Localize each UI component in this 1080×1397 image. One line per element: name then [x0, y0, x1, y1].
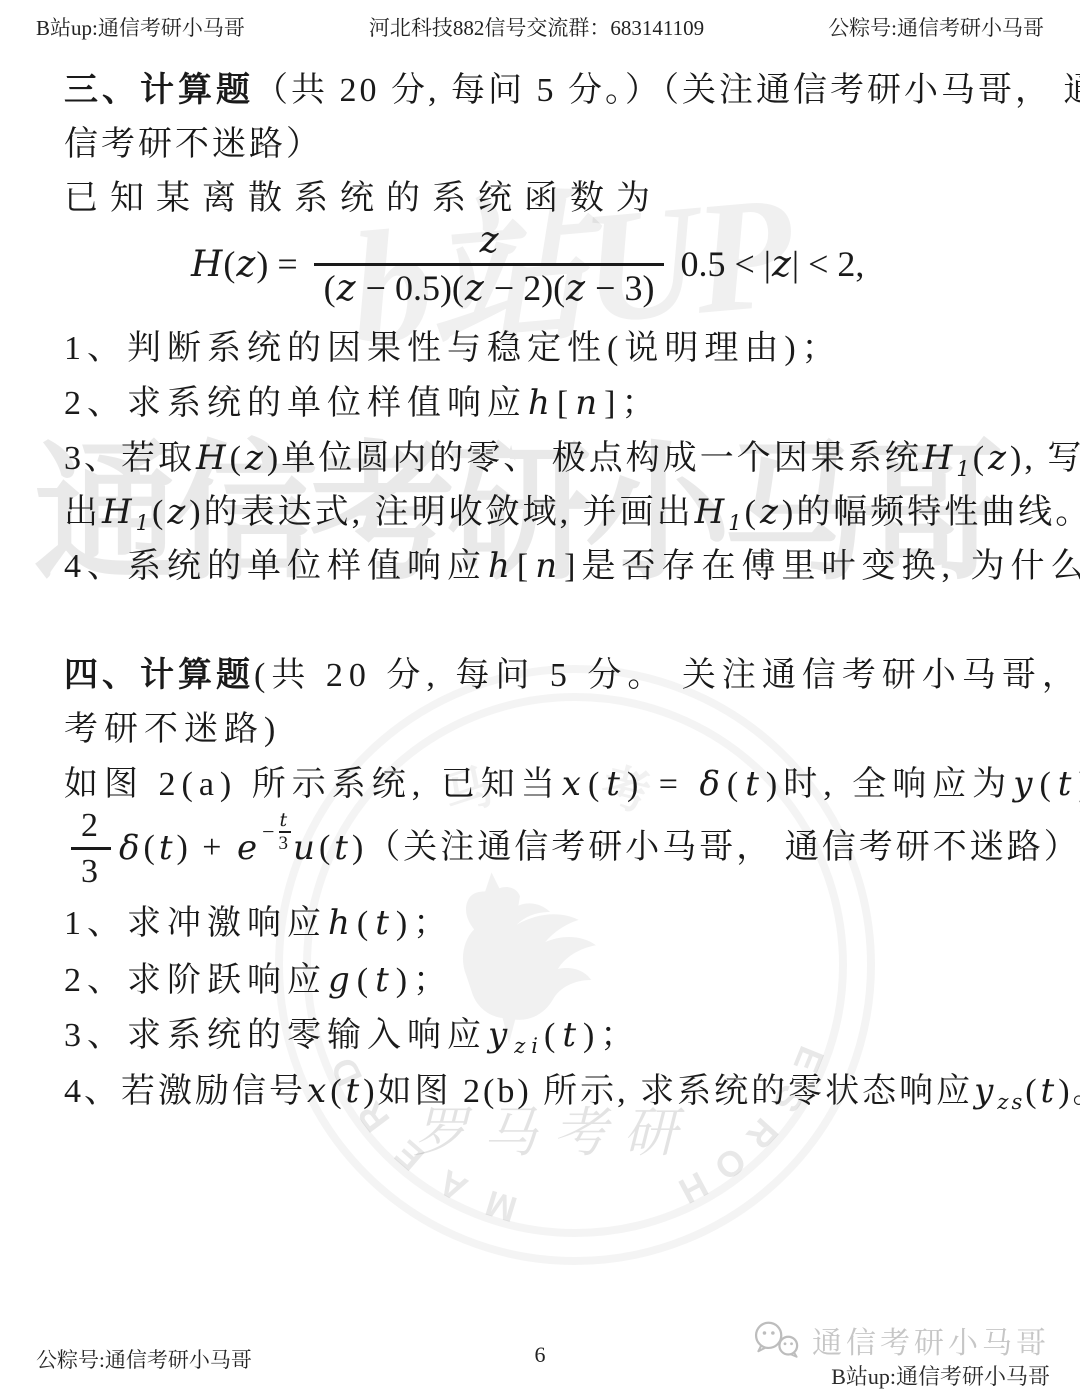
stamp-arc-letter: O — [706, 1138, 754, 1188]
text-segment: ]； — [604, 385, 661, 422]
math-segment: H — [195, 438, 230, 478]
text-segment: （共 20 分, 每问 5 分。）（关注通信考研小马哥， 通 — [254, 72, 1080, 109]
text-segment: ( — [330, 1073, 344, 1110]
math-segment: y — [487, 1015, 514, 1055]
text-segment: 1、求冲激响应 — [64, 905, 327, 942]
text-segment: ( — [230, 440, 244, 477]
text-segment: ( — [588, 766, 605, 803]
text-segment: )； — [583, 1017, 640, 1054]
math-segment: h — [487, 546, 517, 586]
math-segment: n — [574, 383, 604, 423]
math-segment: z — [235, 242, 256, 287]
text-segment: 如图 2(a) 所示系统, 已知当 — [64, 766, 561, 803]
text-segment: )的幅频特性曲线。 — [782, 494, 1080, 531]
footer-page-number: 6 — [535, 1342, 546, 1368]
fraction: 23 — [71, 808, 111, 889]
text-segment: ( — [223, 242, 235, 287]
stamp-arc-letter: A — [431, 1161, 474, 1210]
text-segment: ) + — [176, 827, 236, 870]
stamp-arc-letter: R — [738, 1110, 787, 1157]
text-segment: − 0.5)( — [357, 268, 464, 308]
text-segment: ( — [1025, 1073, 1039, 1110]
text-segment: 3、若取 — [64, 440, 195, 477]
math-segment: e — [236, 827, 261, 870]
text-segment: ( — [357, 905, 374, 942]
exam-page: b站UP 通信考研小马哥 马 考 罗马考研 DREAMHORSE B站up:通信… — [0, 0, 1080, 1397]
text-segment: 3 — [81, 853, 101, 890]
text-segment: ( — [357, 962, 374, 999]
section4-item-4: 4、若激励信号x(t)如图 2(b) 所示, 求系统的零状态响应yzs(t)。 — [64, 1070, 1080, 1115]
math-segment: y — [973, 1071, 997, 1111]
text-segment: )的表达式, 注明收敛域, 并画出 — [189, 494, 693, 531]
math-segment: z — [166, 492, 189, 532]
text-segment: | < 2, — [792, 242, 865, 287]
section3-heading-line1: 三、计算题（共 20 分, 每问 5 分。）（关注通信考研小马哥， 通 — [64, 70, 1080, 113]
section3-heading-line2: 信考研不迷路） — [64, 124, 323, 167]
section3-item-3-line1: 3、若取H(z)单位圆内的零、 极点构成一个因果系统H1(z), 写 — [64, 437, 1080, 482]
section4-intro-line2: 23δ(t) + e−t3u(t)（关注通信考研小马哥， 通信考研不迷路） — [64, 808, 1080, 889]
section4-item-3: 3、求系统的零输入响应yzi(t)； — [64, 1014, 640, 1059]
math-segment: δ — [118, 827, 143, 870]
math-segment: z — [771, 242, 792, 287]
text-segment: ) = — [256, 242, 306, 287]
math-segment: z — [759, 492, 782, 532]
footer-brand-dark: B站up:通信考研小马哥 — [750, 1360, 1050, 1391]
text-segment: )时, 全响应为 — [766, 766, 1012, 803]
math-segment: h — [527, 383, 557, 423]
text-segment: )； — [396, 962, 453, 999]
text-segment: ( — [544, 1017, 561, 1054]
subscript-segment: zi — [514, 1034, 544, 1058]
section3-intro: 已知某离散系统的系统函数为 — [64, 178, 662, 221]
section4-heading-line1: 四、计算题(共 20 分, 每问 5 分。 关注通信考研小马哥，通信 — [64, 655, 1080, 698]
text-segment: 考研不迷路) — [64, 711, 281, 748]
section3-item-4: 4、系统的单位样值响应h[n]是否存在傅里叶变换, 为什么? — [64, 545, 1080, 589]
section3-formula: H(z) = z(z − 0.5)(z − 2)(z − 3) 0.5 < |z… — [190, 222, 864, 308]
math-segment: t — [561, 1015, 583, 1055]
math-segment: t — [158, 827, 177, 870]
text-segment: 已知某离散系统的系统函数为 — [64, 180, 662, 217]
math-segment: t — [1040, 1071, 1059, 1111]
page-header: B站up:通信考研小马哥 河北科技882信号交流群：683141109 公粽号:… — [36, 12, 1044, 42]
text-segment: ( — [152, 494, 166, 531]
section4-item-1: 1、求冲激响应h(t)； — [64, 902, 453, 946]
text-segment: ), 写 — [1010, 440, 1080, 477]
stamp-arc-letter: M — [481, 1182, 522, 1231]
math-segment: g — [327, 960, 357, 1000]
text-segment: − 3) — [586, 268, 654, 308]
math-segment: x — [561, 764, 588, 804]
exponent-fraction: −t3 — [262, 811, 291, 853]
text-segment: (共 20 分, 每问 5 分。 关注通信考研小马哥，通信 — [254, 657, 1080, 694]
text-segment: ( — [319, 827, 333, 870]
fraction-denominator: 3 — [71, 847, 111, 890]
text-segment: 3、求系统的零输入响应 — [64, 1017, 487, 1054]
math-segment: u — [292, 827, 319, 870]
bold-segment: 三、计算题 — [64, 72, 254, 109]
section3-item-3-line2: 出H1(z)的表达式, 注明收敛域, 并画出H1(z)的幅频特性曲线。 — [64, 491, 1080, 536]
math-segment: n — [534, 546, 564, 586]
text-segment: 1、判断系统的因果性与稳定性(说明理由)； — [64, 330, 842, 367]
math-segment: δ — [698, 764, 726, 804]
text-segment: )单位圆内的零、 极点构成一个因果系统 — [267, 440, 922, 477]
text-segment: )如图 2(b) 所示, 求系统的零状态响应 — [363, 1073, 973, 1110]
text-segment: ( — [727, 766, 744, 803]
text-segment: 0.5 < | — [671, 242, 771, 287]
math-segment: x — [306, 1071, 330, 1111]
math-segment: z — [987, 438, 1010, 478]
text-segment: 4、若激励信号 — [64, 1073, 306, 1110]
exponent-minus: − — [262, 818, 277, 846]
math-segment: t — [605, 764, 627, 804]
text-segment: − 2)( — [485, 268, 565, 308]
text-segment: ( — [324, 268, 336, 308]
text-segment: 4、系统的单位样值响应 — [64, 548, 487, 585]
subscript-segment: 1 — [956, 457, 972, 481]
stamp-arc-letter: H — [672, 1163, 715, 1212]
wechat-icon — [750, 1318, 806, 1362]
text-segment: ( — [973, 440, 987, 477]
text-segment: 出 — [64, 494, 101, 531]
text-segment: )。 — [1058, 1073, 1080, 1110]
subscript-segment: 1 — [728, 511, 744, 535]
bold-segment: 四、计算题 — [64, 657, 254, 694]
text-segment: ]是否存在傅里叶变换, 为什么? — [564, 548, 1080, 585]
math-segment: H — [190, 242, 223, 287]
subscript-segment: 1 — [136, 511, 152, 535]
text-segment: ( — [745, 494, 759, 531]
text-segment: ( — [1039, 766, 1056, 803]
text-segment: 2、求阶跃响应 — [64, 962, 327, 999]
text-segment: ) = — [627, 766, 699, 803]
math-segment: t — [333, 827, 352, 870]
section3-item-1: 1、判断系统的因果性与稳定性(说明理由)； — [64, 328, 842, 371]
math-segment: z — [244, 438, 267, 478]
text-segment: [ — [517, 548, 534, 585]
fraction-denominator: (z − 0.5)(z − 2)(z − 3) — [314, 263, 665, 308]
text-segment: ) — [352, 827, 366, 870]
text-segment: ( — [143, 827, 157, 870]
header-right: 公粽号:通信考研小马哥 — [828, 12, 1044, 42]
fraction: z(z − 0.5)(z − 2)(z − 3) — [314, 222, 665, 308]
subscript-segment: zs — [997, 1090, 1025, 1114]
math-segment: y — [1012, 764, 1039, 804]
math-segment: H — [922, 438, 957, 478]
math-segment: t — [345, 1071, 364, 1111]
stamp-arc-letter: E — [387, 1131, 433, 1178]
math-segment: t — [374, 903, 396, 943]
text-segment: 信考研不迷路） — [64, 126, 323, 163]
math-segment: z — [336, 268, 357, 309]
text-segment: 2、求系统的单位样值响应 — [64, 385, 527, 422]
text-segment: )； — [396, 905, 453, 942]
section4-item-2: 2、求阶跃响应g(t)； — [64, 959, 453, 1003]
fraction-numerator: z — [469, 222, 510, 263]
math-segment: t — [744, 764, 766, 804]
footer-brand: 通信考研小马哥 B站up:通信考研小马哥 — [750, 1318, 1050, 1391]
math-segment: h — [327, 903, 357, 943]
math-segment: t — [374, 960, 396, 1000]
footer-brand-gray: 通信考研小马哥 — [812, 1318, 1050, 1362]
math-segment: t — [1057, 764, 1079, 804]
section3-item-2: 2、求系统的单位样值响应h[n]； — [64, 382, 661, 426]
text-segment: 2 — [81, 807, 101, 844]
text-segment: [ — [557, 385, 574, 422]
section4-intro-line1: 如图 2(a) 所示系统, 已知当x(t) = δ(t)时, 全响应为y(t) … — [64, 763, 1080, 807]
math-segment: H — [101, 492, 136, 532]
math-segment: z — [464, 268, 485, 309]
math-segment: z — [479, 220, 500, 261]
math-segment: H — [694, 492, 729, 532]
header-center: 河北科技882信号交流群：683141109 — [369, 12, 704, 42]
text-segment: （关注通信考研小马哥， 通信考研不迷路） — [366, 827, 1080, 870]
fraction-numerator: 2 — [71, 808, 111, 847]
header-left: B站up:通信考研小马哥 — [36, 12, 245, 42]
math-segment: z — [565, 268, 586, 309]
section4-heading-line2: 考研不迷路) — [64, 709, 281, 752]
exponent-stack: t3 — [279, 811, 292, 853]
footer-left: 公粽号:通信考研小马哥 — [36, 1344, 252, 1374]
